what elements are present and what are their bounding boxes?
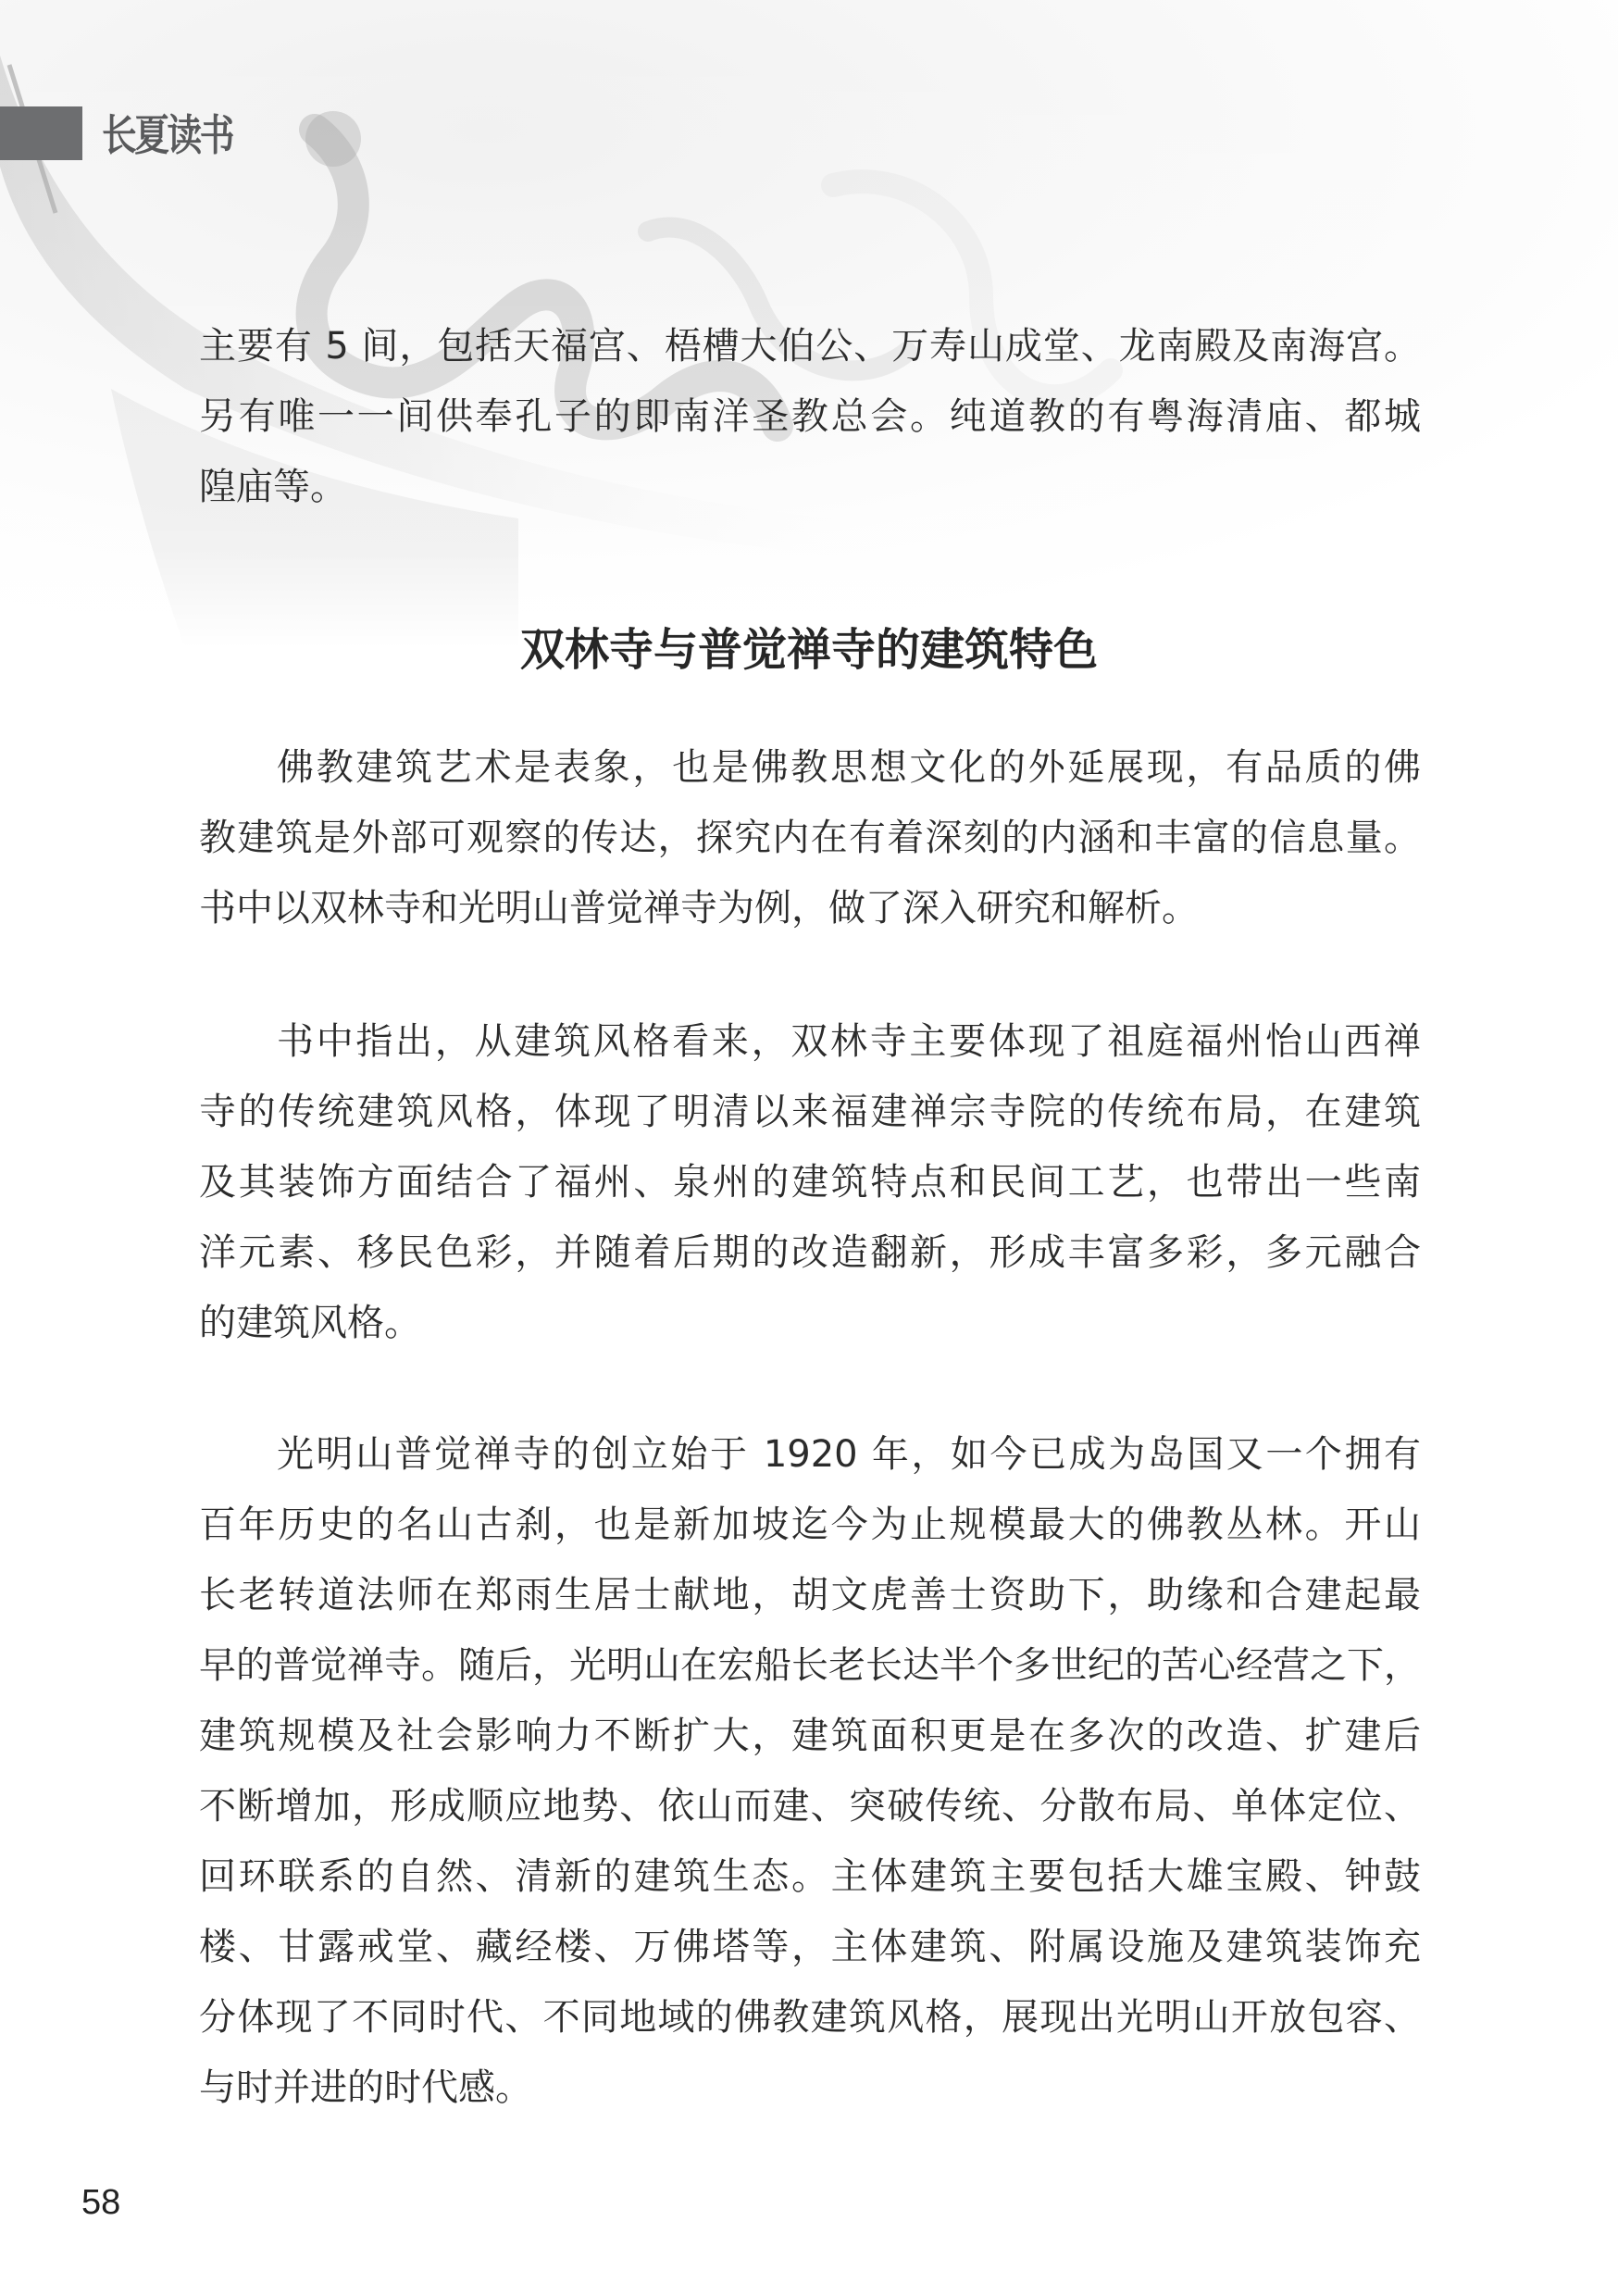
text-line: 书中以双林寺和光明山普觉禅寺为例，做了深入研究和解析。 <box>199 873 1421 943</box>
text-line: 及其装饰方面结合了福州、泉州的建筑特点和民间工艺，也带出一些南 <box>199 1147 1421 1217</box>
section-heading: 双林寺与普觉禅寺的建筑特色 <box>0 618 1618 681</box>
text-line: 佛教建筑艺术是表象，也是佛教思想文化的外延展现，有品质的佛 <box>199 732 1421 803</box>
series-title: 长夏读书 <box>102 102 232 163</box>
text-line: 光明山普觉禅寺的创立始于 1920 年，如今已成为岛国又一个拥有 <box>199 1419 1421 1490</box>
header-accent-block <box>0 106 82 160</box>
paragraph-3: 光明山普觉禅寺的创立始于 1920 年，如今已成为岛国又一个拥有 百年历史的名山… <box>199 1419 1421 2123</box>
text-line: 长老转道法师在郑雨生居士献地，胡文虎善士资助下，助缘和合建起最 <box>199 1560 1421 1630</box>
paragraph-2: 书中指出，从建筑风格看来，双林寺主要体现了祖庭福州怡山西禅 寺的传统建筑风格，体… <box>199 1006 1421 1358</box>
text-line: 的建筑风格。 <box>199 1288 1421 1358</box>
intro-paragraph: 主要有 5 间，包括天福宫、梧槽大伯公、万寿山成堂、龙南殿及南海宫。 另有唯一一… <box>199 311 1421 522</box>
text-line: 寺的传统建筑风格，体现了明清以来福建禅宗寺院的传统布局，在建筑 <box>199 1077 1421 1147</box>
text-line: 建筑规模及社会影响力不断扩大，建筑面积更是在多次的改造、扩建后 <box>199 1701 1421 1771</box>
text-line: 教建筑是外部可观察的传达，探究内在有着深刻的内涵和丰富的信息量。 <box>199 803 1421 873</box>
text-line: 不断增加，形成顺应地势、依山而建、突破传统、分散布局、单体定位、 <box>199 1771 1421 1841</box>
page-number: 58 <box>81 2183 120 2223</box>
text-line: 隍庙等。 <box>199 452 1421 522</box>
text-line: 回环联系的自然、清新的建筑生态。主体建筑主要包括大雄宝殿、钟鼓 <box>199 1841 1421 1912</box>
text-line: 早的普觉禅寺。随后，光明山在宏船长老长达半个多世纪的苦心经营之下， <box>199 1630 1421 1701</box>
text-line: 分体现了不同时代、不同地域的佛教建筑风格，展现出光明山开放包容、 <box>199 1982 1421 2053</box>
paragraph-1: 佛教建筑艺术是表象，也是佛教思想文化的外延展现，有品质的佛 教建筑是外部可观察的… <box>199 732 1421 943</box>
text-line: 与时并进的时代感。 <box>199 2053 1421 2123</box>
text-line: 书中指出，从建筑风格看来，双林寺主要体现了祖庭福州怡山西禅 <box>199 1006 1421 1077</box>
text-line: 百年历史的名山古刹，也是新加坡迄今为止规模最大的佛教丛林。开山 <box>199 1490 1421 1560</box>
text-line: 另有唯一一间供奉孔子的即南洋圣教总会。纯道教的有粤海清庙、都城 <box>199 381 1421 452</box>
text-line: 洋元素、移民色彩，并随着后期的改造翻新，形成丰富多彩，多元融合 <box>199 1217 1421 1288</box>
text-line: 楼、甘露戒堂、藏经楼、万佛塔等，主体建筑、附属设施及建筑装饰充 <box>199 1912 1421 1982</box>
text-line: 主要有 5 间，包括天福宫、梧槽大伯公、万寿山成堂、龙南殿及南海宫。 <box>199 311 1421 381</box>
